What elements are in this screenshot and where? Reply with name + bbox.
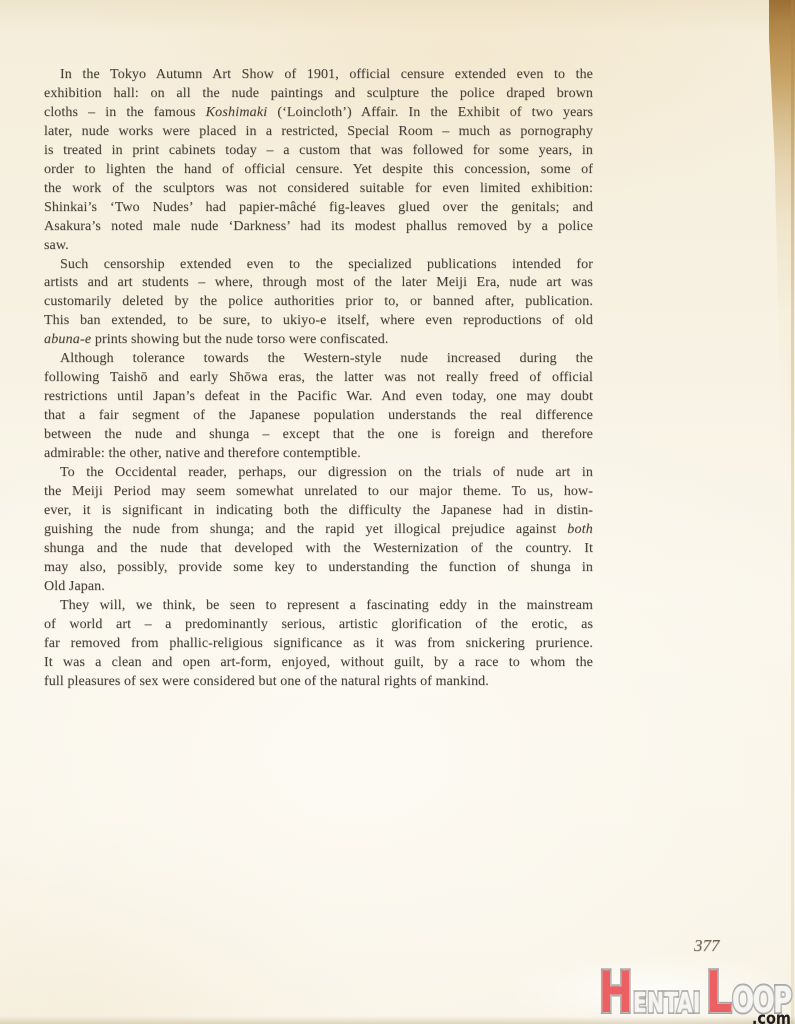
watermark-text-entai: ENTAI bbox=[633, 986, 701, 1019]
text-line: To the Occidental reader, perhaps, our d… bbox=[44, 464, 593, 483]
body-text: In the Tokyo Autumn Art Show of 1901, of… bbox=[44, 66, 593, 691]
text-line: abuna-e prints showing but the nude tors… bbox=[44, 331, 593, 350]
text-line: may also, possibly, provide some key to … bbox=[44, 559, 593, 578]
text-line: ever, it is significant in indicating bo… bbox=[44, 502, 593, 521]
text-line: artists and art students – where, throug… bbox=[44, 274, 593, 293]
text-line: customarily deleted by the police author… bbox=[44, 293, 593, 312]
text-line: They will, we think, be seen to represen… bbox=[44, 597, 593, 616]
text-line: admirable: the other, native and therefo… bbox=[44, 445, 593, 464]
page-edge-line bbox=[791, 0, 794, 1024]
text-line: exhibition hall: on all the nude paintin… bbox=[44, 85, 593, 104]
watermark-logo: HENTAILOOP .com bbox=[524, 965, 791, 1022]
text-line: shunga and the nude that developed with … bbox=[44, 540, 593, 559]
text-line: Although tolerance towards the Western-s… bbox=[44, 350, 593, 369]
watermark-tld: .com bbox=[752, 1009, 791, 1024]
text-line: saw. bbox=[44, 237, 593, 256]
text-line: Old Japan. bbox=[44, 578, 593, 597]
text-line: full pleasures of sex were considered bu… bbox=[44, 673, 593, 692]
watermark-letter-h: H bbox=[599, 960, 633, 1024]
text-line: Shinkai’s ‘Two Nudes’ had papier-mâché f… bbox=[44, 199, 593, 218]
text-line: the work of the sculptors was not consid… bbox=[44, 180, 593, 199]
text-line: later, nude works were placed in a restr… bbox=[44, 123, 593, 142]
text-line: order to lighten the hand of official ce… bbox=[44, 161, 593, 180]
text-line: restrictions until Japan’s defeat in the… bbox=[44, 388, 593, 407]
text-line: This ban extended, to be sure, to ukiyo-… bbox=[44, 312, 593, 331]
text-line: of world art – a predominantly serious, … bbox=[44, 616, 593, 635]
text-line: It was a clean and open art-form, enjoye… bbox=[44, 654, 593, 673]
text-line: the Meiji Period may seem somewhat unrel… bbox=[44, 483, 593, 502]
text-line: Such censorship extended even to the spe… bbox=[44, 256, 593, 275]
text-line: Asakura’s noted male nude ‘Darkness’ had… bbox=[44, 218, 593, 237]
paper-top-shading bbox=[0, 0, 795, 34]
text-line: following Taishō and early Shōwa eras, t… bbox=[44, 369, 593, 388]
text-line: is treated in print cabinets today – a c… bbox=[44, 142, 593, 161]
scanned-book-page: { "page": { "number": "377", "paragraphs… bbox=[0, 0, 795, 1024]
text-line: In the Tokyo Autumn Art Show of 1901, of… bbox=[44, 66, 593, 85]
text-line: far removed from phallic-religious signi… bbox=[44, 635, 593, 654]
watermark-letter-l: L bbox=[706, 960, 732, 1024]
text-line: that a fair segment of the Japanese popu… bbox=[44, 407, 593, 426]
text-line: cloths – in the famous Koshimaki (‘Loinc… bbox=[44, 104, 593, 123]
text-line: guishing the nude from shunga; and the r… bbox=[44, 521, 593, 540]
text-line: between the nude and shunga – except tha… bbox=[44, 426, 593, 445]
